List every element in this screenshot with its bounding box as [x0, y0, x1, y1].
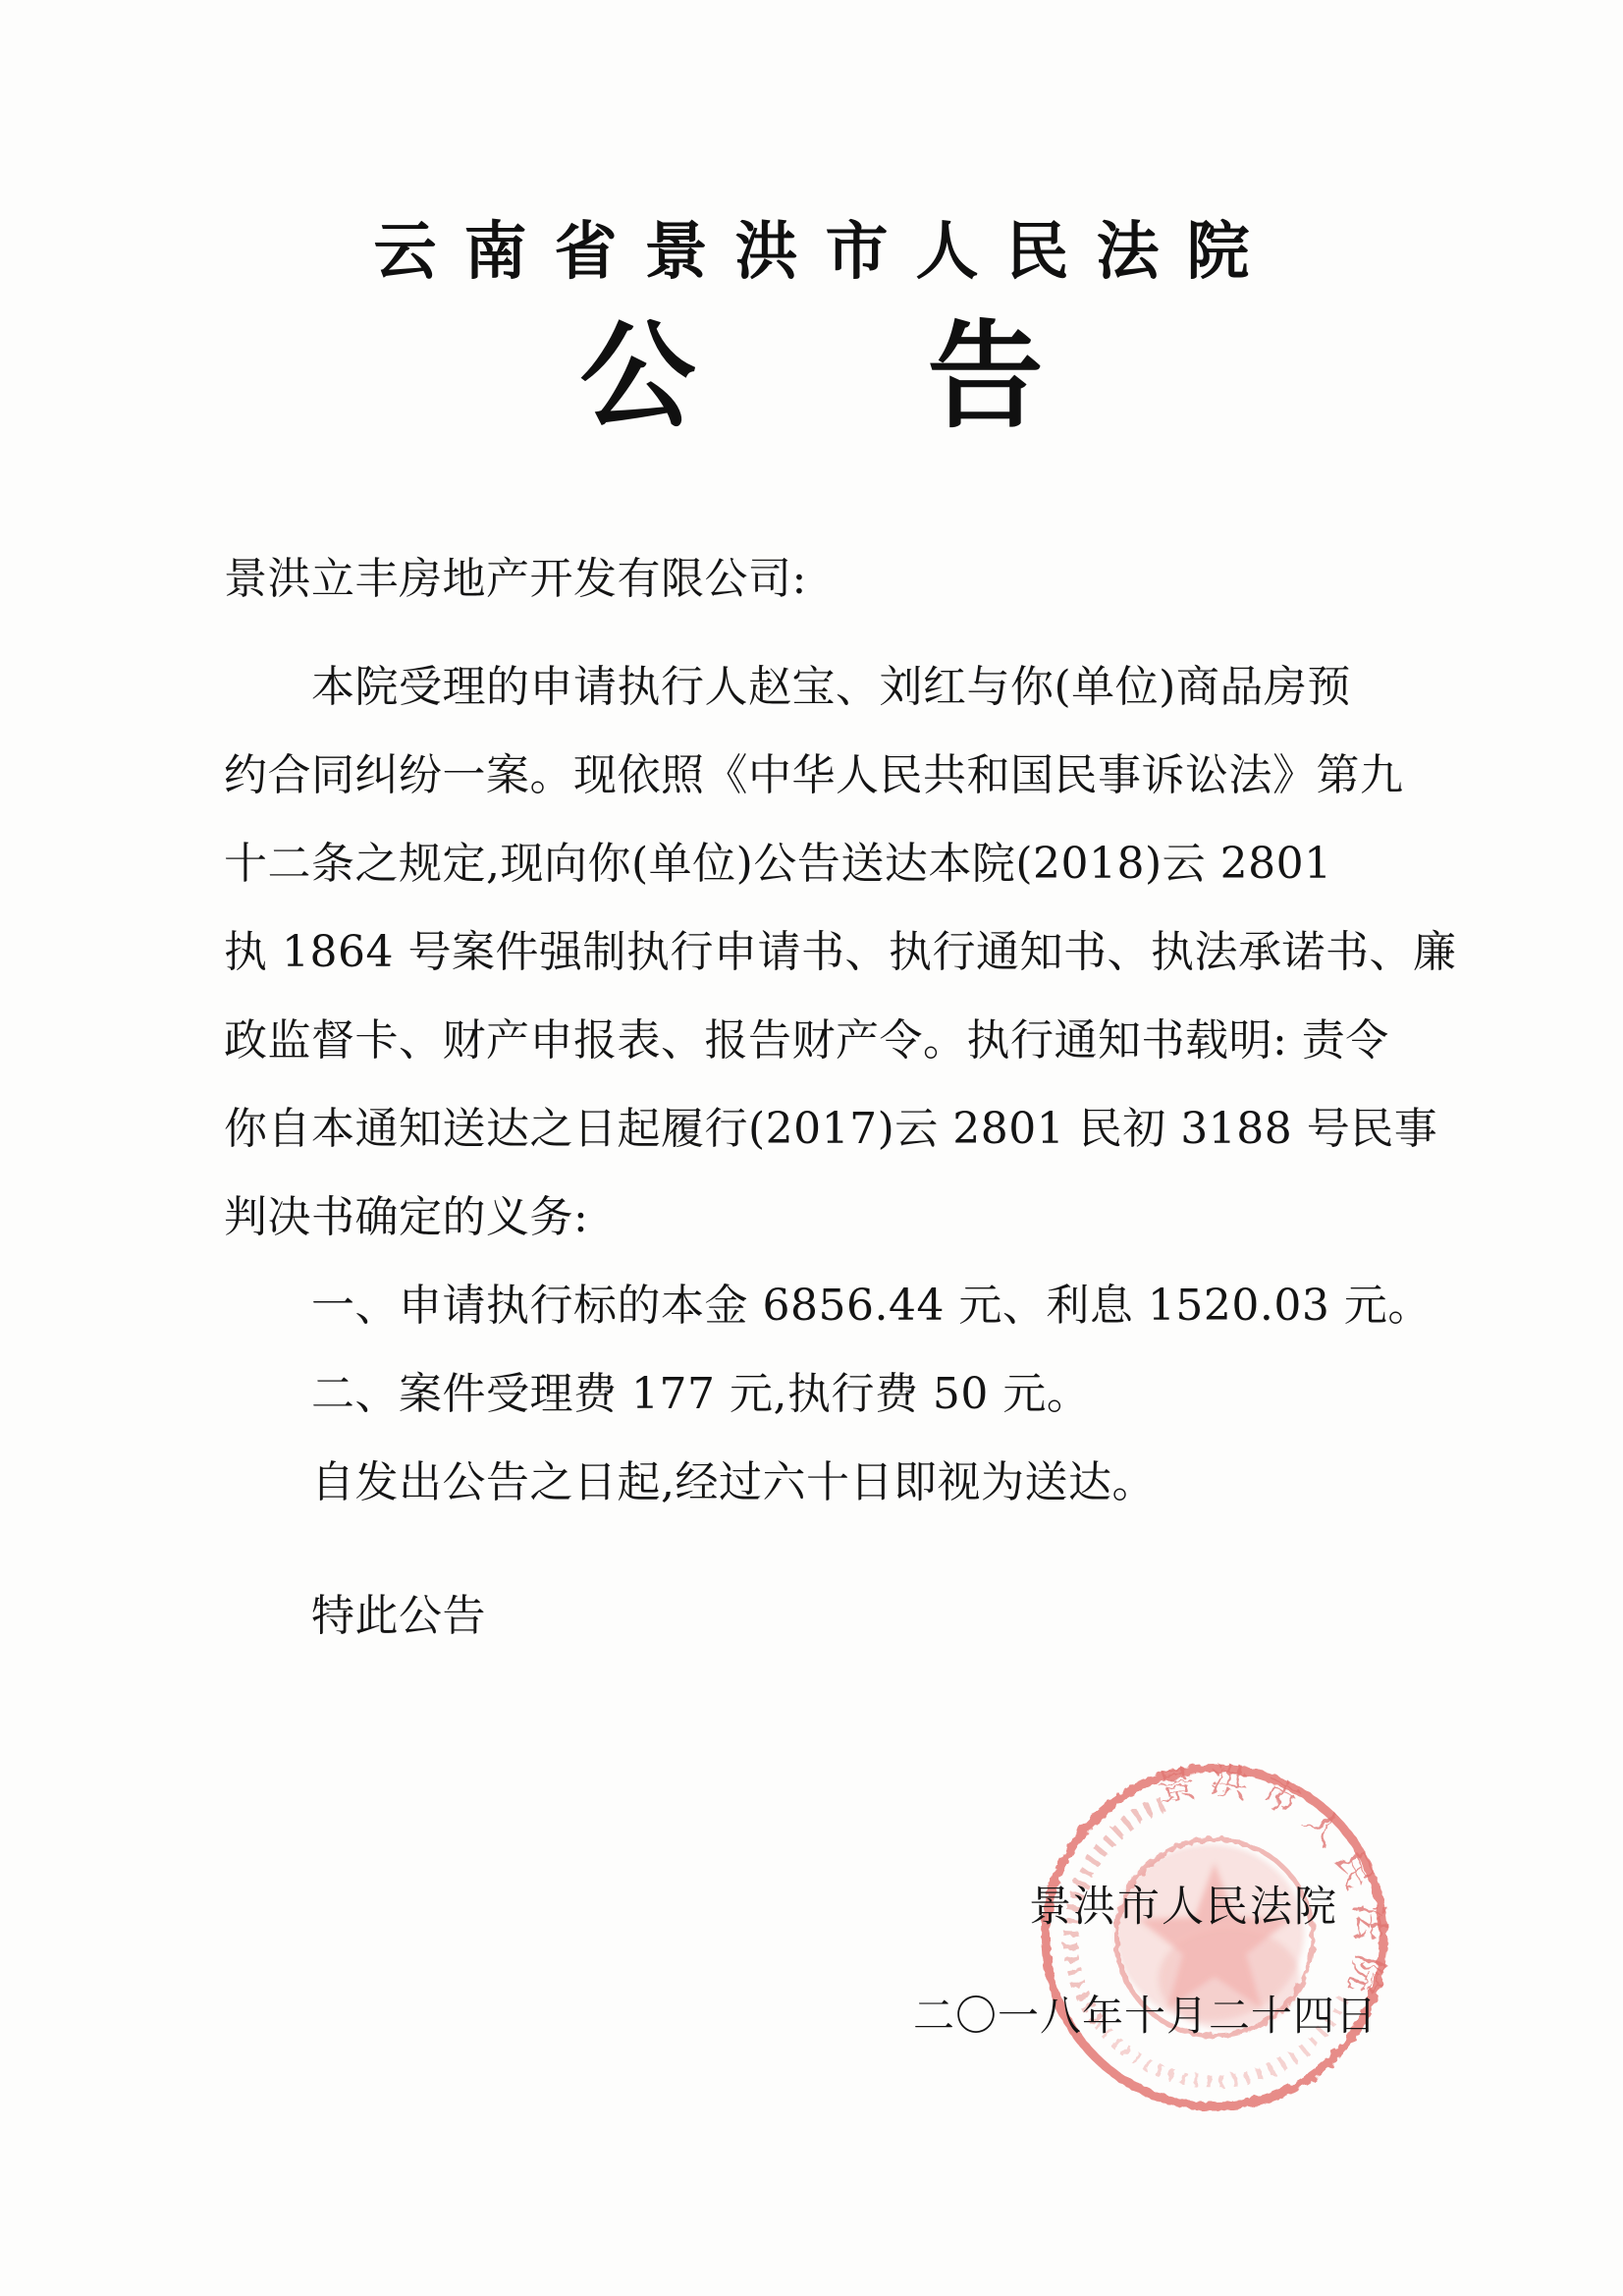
court-seal-stamp: 景洪市人民法院 — [1028, 1751, 1401, 2124]
signature-court-name: 景洪市人民法院 — [1029, 1874, 1338, 1934]
item-line-1: 一、申请执行标的本金 6856.44 元、利息 1520.03 元。 — [224, 1262, 1417, 1350]
body-line-1: 本院受理的申请执行人赵宝、刘红与你(单位)商品房预 — [224, 643, 1417, 732]
item-line-3: 自发出公告之日起,经过六十日即视为送达。 — [224, 1439, 1417, 1527]
signature-date: 二〇一八年十月二十四日 — [913, 1984, 1378, 2043]
body-line-3: 十二条之规定,现向你(单位)公告送达本院(2018)云 2801 — [224, 820, 1417, 908]
announcement-title: 公 告 — [0, 312, 1623, 440]
body-line-7: 判决书确定的义务: — [224, 1174, 1417, 1262]
item-line-2: 二、案件受理费 177 元,执行费 50 元。 — [224, 1350, 1417, 1439]
document-page: 云南省景洪市人民法院 公 告 景洪立丰房地产开发有限公司: 本院受理的申请执行人… — [0, 0, 1623, 2296]
closing-line: 特此公告 — [224, 1572, 1417, 1661]
body-line-6: 你自本通知送达之日起履行(2017)云 2801 民初 3188 号民事 — [224, 1085, 1417, 1174]
body-line-5: 政监督卡、财产申报表、报告财产令。执行通知书载明: 责令 — [224, 997, 1417, 1085]
body-line-4: 执 1864 号案件强制执行申请书、执行通知书、执法承诺书、廉 — [224, 908, 1417, 997]
main-paragraph: 本院受理的申请执行人赵宝、刘红与你(单位)商品房预 约合同纠纷一案。现依照《中华… — [224, 643, 1417, 1262]
body-line-2: 约合同纠纷一案。现依照《中华人民共和国民事诉讼法》第九 — [224, 732, 1417, 820]
court-title: 云南省景洪市人民法院 — [0, 201, 1623, 292]
addressee-line: 景洪立丰房地产开发有限公司: — [224, 535, 1417, 624]
document-body: 景洪立丰房地产开发有限公司: 本院受理的申请执行人赵宝、刘红与你(单位)商品房预… — [224, 535, 1417, 1661]
